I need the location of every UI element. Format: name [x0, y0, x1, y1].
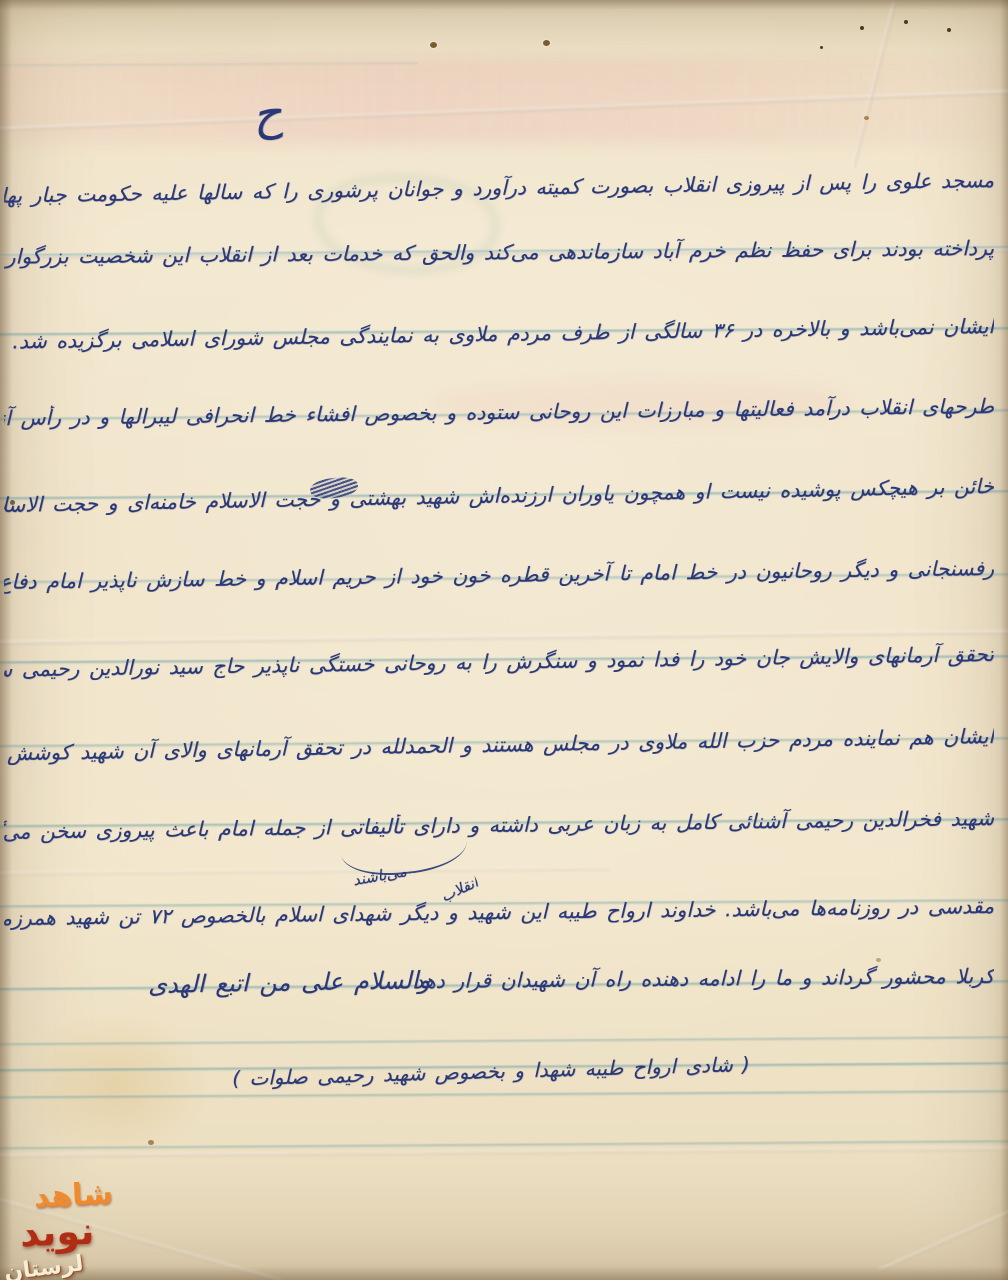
handwritten-line-8: ایشان هم نماینده مردم حزب الله ملاوی در … [4, 724, 994, 765]
pinhole [860, 26, 864, 30]
handwritten-line-3: ایشان نمی‌باشد و بالاخره در ۳۶ سالگی از … [4, 314, 994, 354]
paper-edge [1000, 0, 1008, 1280]
pinhole [430, 42, 437, 48]
handwritten-line-2: پرداخته بودند برای حفظ نظم خرم آباد سازم… [4, 236, 994, 269]
ruled-line [0, 1036, 1008, 1045]
handwritten-line-7: تحقق آرمانهای والایش جان خود را فدا نمود… [4, 642, 994, 682]
rust-speck [876, 958, 881, 962]
pinhole [543, 40, 550, 46]
ruled-line [0, 1090, 1008, 1098]
ruled-line [0, 62, 418, 66]
handwritten-line-10: مقدسی در روزنامه‌ها می‌باشد. خداوند اروا… [4, 894, 994, 930]
rust-speck [864, 116, 869, 120]
navid-shahed-lorestan-watermark: شاهد نوید لرستان [4, 1176, 154, 1280]
handwritten-line-6: رفسنجانی و دیگر روحانیون در خط امام تا آ… [4, 556, 994, 594]
header-mark: ح [249, 84, 285, 141]
crease-line [879, 1179, 1008, 1272]
salavat-line: ( شادی ارواح طیبه شهدا و بخصوص شهید رحیم… [232, 1052, 750, 1090]
watermark-word-lorestan: لرستان [3, 1251, 85, 1280]
scanned-letter-page: ح مسجد علوی را پس از پیروزی انقلاب بصورت… [0, 0, 1008, 1280]
handwritten-line-4: طرحهای انقلاب درآمد فعالیتها و مبارزات ا… [4, 394, 994, 430]
crease-line [0, 630, 1008, 645]
handwritten-line-1: مسجد علوی را پس از پیروزی انقلاب بصورت ک… [4, 168, 994, 208]
crease-line [0, 867, 610, 876]
pinhole [820, 46, 823, 49]
pinhole [904, 20, 908, 24]
paper-stain [20, 1010, 210, 1160]
handwritten-line-9: شهید فخرالدین رحیمی آشنائی کامل به زبان … [4, 806, 994, 844]
crease-line [0, 89, 1008, 132]
pinhole [947, 28, 951, 32]
watermark-word-navid: نوید [19, 1209, 95, 1256]
handwritten-line-5: خائن بر هیچکس پوشیده نیست او همچون یاورا… [4, 474, 994, 517]
crease-line [851, 2, 896, 168]
crease-line [0, 1147, 1008, 1158]
paper-edge [0, 0, 1008, 10]
rust-speck [148, 1140, 154, 1145]
closing-salutation: والسلام علی من اتبع الهدی [148, 966, 430, 999]
handwritten-line-11: کربلا محشور گرداند و ما را ادامه دهنده ر… [414, 964, 994, 993]
pink-age-tint [0, 58, 1008, 144]
